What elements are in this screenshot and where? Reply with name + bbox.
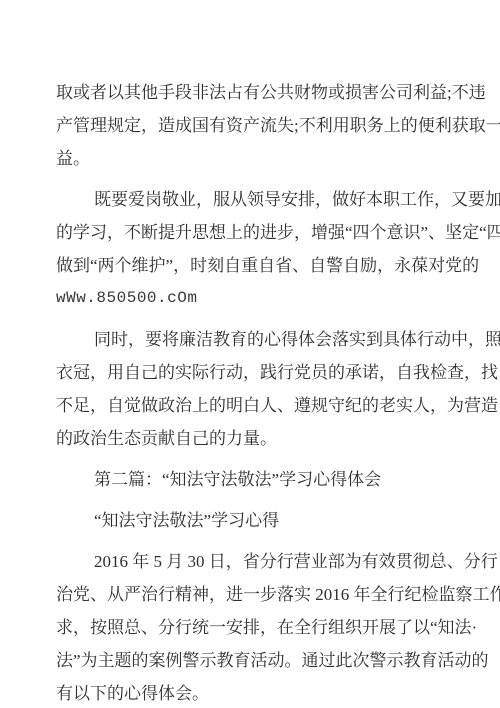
watermark-url-text: wWw.850500.cOm xyxy=(56,282,500,315)
text-line: 第二篇：“知法守法敬法”学习心得体会 xyxy=(56,463,500,496)
text-line: 不足，自觉做政治上的明白人、遵规守纪的老实人，为营造 xyxy=(56,389,500,422)
text-line: 2016 年 5 月 30 日，省分行营业部为有效贯彻总、分行 xyxy=(56,545,500,578)
text-line: “知法守法敬法”学习心得 xyxy=(56,504,500,537)
text-line: 既要爱岗敬业，服从领导安排，做好本职工作，又要加 xyxy=(56,183,500,216)
document-page: 取或者以其他手段非法占有公共财物或损害公司利益;不违产管理规定，造成国有资产流失… xyxy=(0,0,500,708)
scanned-document-screenshot: { "page": { "background_color": "#ffffff… xyxy=(0,0,500,708)
text-line: 做到“两个维护”，时刻自重自省、自警自励，永葆对党的 xyxy=(56,249,500,282)
text-line: 有以下的心得体会。 xyxy=(56,677,500,708)
text-line: 产管理规定，造成国有资产流失;不利用职务上的便利获取一 xyxy=(56,109,500,142)
text-line: 的学习，不断提升思想上的进步，增强“四个意识”、坚定“四个 xyxy=(56,216,500,249)
text-line: 治党、从严治行精神，进一步落实 2016 年全行纪检监察工作 xyxy=(56,578,500,611)
text-line: 同时，要将廉洁教育的心得体会落实到具体行动中，照 xyxy=(56,323,500,356)
text-line: 衣冠，用自己的实际行动，践行党员的承诺，自我检查，找 xyxy=(56,356,500,389)
text-line: 的政治生态贡献自己的力量。 xyxy=(56,422,500,455)
text-line: 益。 xyxy=(56,142,500,175)
document-text-block: 取或者以其他手段非法占有公共财物或损害公司利益;不违产管理规定，造成国有资产流失… xyxy=(56,76,500,708)
text-line: 取或者以其他手段非法占有公共财物或损害公司利益;不违 xyxy=(56,76,500,109)
text-line: 法”为主题的案例警示教育活动。通过此次警示教育活动的 xyxy=(56,644,500,677)
text-line: 求，按照总、分行统一安排，在全行组织开展了以“知法· xyxy=(56,611,500,644)
